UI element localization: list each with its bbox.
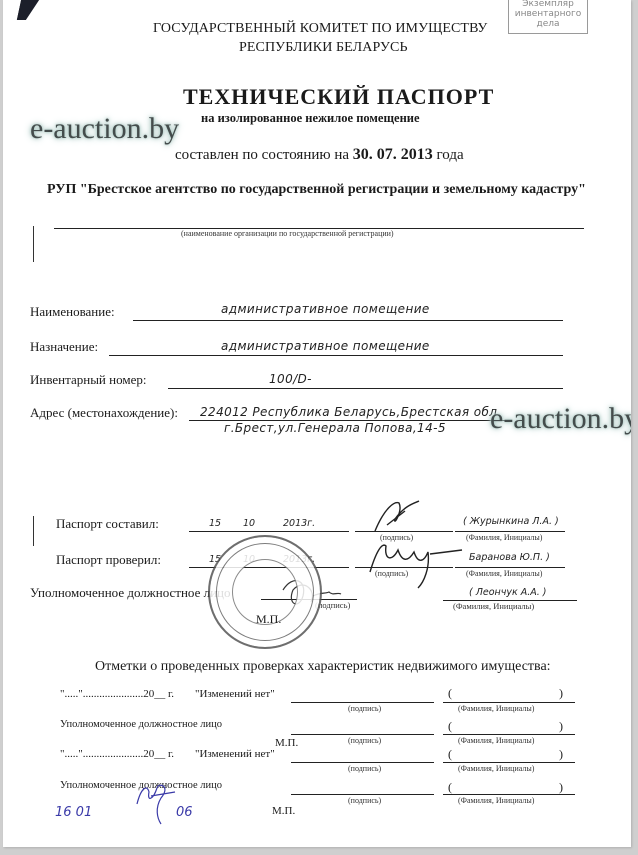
as-of-date-line: составлен по состоянию на 30. 07. 2013 г…	[175, 146, 464, 164]
checked-by-label: Паспорт проверил:	[56, 552, 161, 568]
check-1-name-caption: (Фамилия, Инициалы)	[458, 704, 534, 713]
check-2-authorized-signature-underline	[291, 794, 434, 795]
purpose-label: Назначение:	[30, 339, 98, 355]
compiled-day: 15	[209, 518, 221, 529]
checked-name-caption: (Фамилия, Инициалы)	[466, 569, 542, 578]
document-page: Экземпляр инвентарного дела ГОСУДАРСТВЕН…	[3, 0, 631, 847]
address-line-2: г.Брест,ул.Генерала Попова,14-5	[224, 421, 446, 435]
purpose-underline	[109, 355, 563, 356]
committee-line-2: РЕСПУБЛИКИ БЕЛАРУСЬ	[239, 40, 408, 56]
address-line-1: 224012 Республика Беларусь,Брестская обл…	[200, 405, 502, 419]
margin-mark-2	[33, 516, 34, 546]
compiled-name-underline	[455, 531, 565, 532]
as-of-date-prefix: составлен по состоянию на	[175, 147, 349, 163]
stamp-line-3: дела	[509, 19, 587, 29]
check-1-status: "Изменений нет"	[195, 688, 275, 700]
check-1-authorized-signature-caption: (подпись)	[348, 736, 381, 745]
check-1-close-paren: )	[559, 686, 563, 701]
check-1-open-paren: (	[448, 686, 452, 701]
check-1-authorized-signature-underline	[291, 734, 434, 735]
registration-organization: РУП "Брестское агентство по государствен…	[47, 182, 586, 198]
inventory-number-underline	[168, 388, 563, 389]
checks-heading: Отметки о проведенных проверках характер…	[95, 659, 551, 675]
name-value: административное помещение	[221, 302, 430, 316]
inventory-number-value: 100/D-	[269, 372, 312, 386]
inventory-file-stamp: Экземпляр инвентарного дела	[508, 0, 588, 34]
compiled-month: 10	[243, 518, 255, 529]
check-2-authorized-signature-caption: (подпись)	[348, 796, 381, 805]
handwritten-note-left: 16 01	[55, 805, 92, 820]
check-2-name-caption: (Фамилия, Инициалы)	[458, 764, 534, 773]
check-2-authorized-name-caption: (Фамилия, Инициалы)	[458, 796, 534, 805]
name-underline	[133, 320, 563, 321]
inventory-number-label: Инвентарный номер:	[30, 372, 146, 388]
check-1-authorized-close-paren: )	[559, 719, 563, 734]
check-1-date: "....."......................20__ г.	[60, 688, 174, 700]
checked-name-underline	[455, 567, 565, 568]
compiled-year: 2013г.	[283, 518, 315, 529]
check-2-signature-caption: (подпись)	[348, 764, 381, 773]
compiled-date-underline	[189, 531, 349, 532]
watermark-top: e-auction.by	[30, 112, 179, 146]
committee-line-1: ГОСУДАРСТВЕННЫЙ КОМИТЕТ ПО ИМУЩЕСТВУ	[153, 21, 487, 37]
check-2-close-paren: )	[559, 747, 563, 762]
watermark-right: e-auction.by	[490, 402, 631, 436]
compiled-by-label: Паспорт составил:	[56, 516, 159, 532]
compiled-name-caption: (Фамилия, Инициалы)	[466, 533, 542, 542]
check-1-seal-mark: М.П.	[275, 737, 298, 749]
authorized-person-label: Уполномоченное должностное лицо	[30, 585, 231, 601]
check-1-signature-underline	[291, 702, 434, 703]
check-1-name-underline	[443, 702, 575, 703]
address-label: Адрес (местонахождение):	[30, 405, 178, 421]
check-2-name-underline	[443, 762, 575, 763]
check-2-open-paren: (	[448, 747, 452, 762]
stamp-line-1: Экземпляр	[509, 0, 587, 9]
seal-mark: М.П.	[256, 612, 281, 627]
check-2-date: "....."......................20__ г.	[60, 748, 174, 760]
check-2-status: "Изменений нет"	[195, 748, 275, 760]
check-1-authorized-name-caption: (Фамилия, Инициалы)	[458, 736, 534, 745]
document-subtitle: на изолированное нежилое помещение	[201, 111, 420, 126]
corner-mark	[17, 0, 39, 20]
margin-mark	[33, 226, 34, 262]
purpose-value: административное помещение	[221, 339, 430, 353]
organization-caption: (наименование организации по государстве…	[181, 229, 394, 238]
stamp-line-2: инвентарного	[509, 9, 587, 19]
check-2-authorized-close-paren: )	[559, 780, 563, 795]
check-2-seal-mark: М.П.	[272, 805, 295, 817]
checked-by-name: Баранова Ю.П. )	[469, 552, 550, 563]
official-seal	[208, 535, 322, 649]
authorized-person-name: ( Леончук А.А. )	[469, 587, 547, 598]
document-title: ТЕХНИЧЕСКИЙ ПАСПОРТ	[183, 84, 494, 110]
check-1-authorized-label: Уполномоченное должностное лицо	[60, 719, 222, 730]
check-1-authorized-name-underline	[443, 734, 575, 735]
handwritten-blue-signature	[131, 778, 181, 828]
check-2-authorized-name-underline	[443, 794, 575, 795]
as-of-date-value: 30. 07. 2013	[353, 146, 433, 163]
as-of-date-suffix: года	[437, 147, 464, 163]
checked-signature	[358, 532, 468, 592]
name-label: Наименование:	[30, 304, 115, 320]
check-1-signature-caption: (подпись)	[348, 704, 381, 713]
check-2-authorized-open-paren: (	[448, 780, 452, 795]
check-1-authorized-open-paren: (	[448, 719, 452, 734]
authorized-name-caption: (Фамилия, Инициалы)	[453, 601, 534, 611]
check-2-signature-underline	[291, 762, 434, 763]
compiled-by-name: ( Журынкина Л.А. )	[463, 516, 559, 527]
